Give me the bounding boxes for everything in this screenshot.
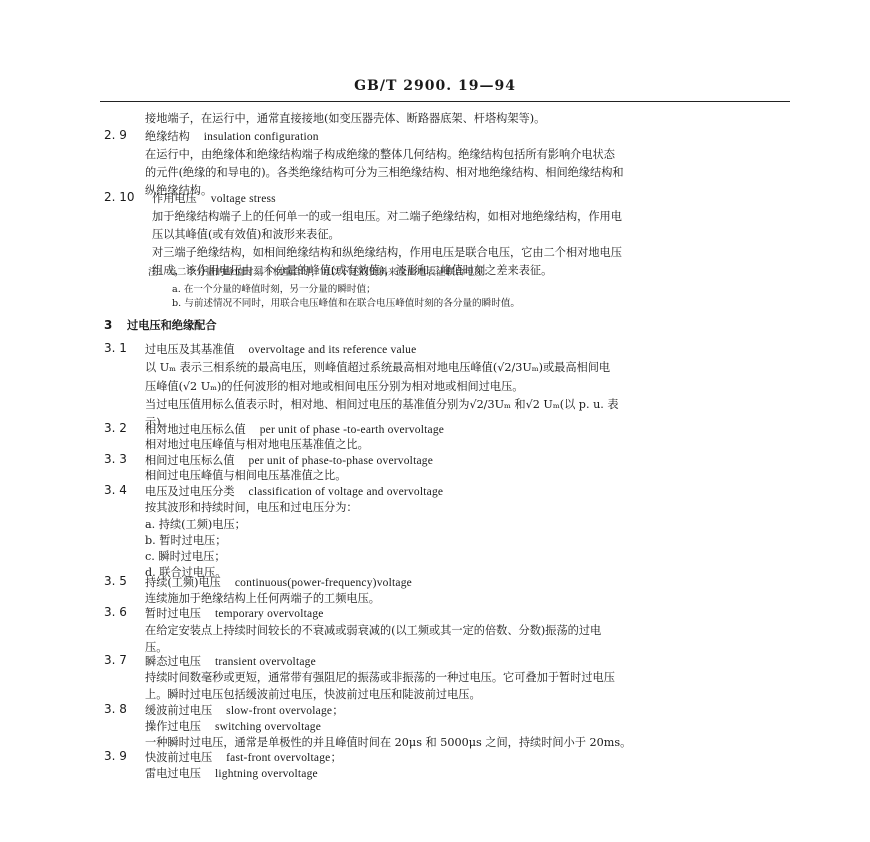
term-en: temporary overvoltage — [215, 608, 324, 620]
note-title: 注：当二个分量的峰值时刻不相重合时，可以下述的资料来全面地表征联合电压： — [148, 266, 493, 280]
term-en: voltage stress — [211, 193, 276, 205]
header-rule — [100, 101, 790, 102]
paragraph-line: 对三端子绝缘结构，如相间绝缘结构和纵绝缘结构，作用电压是联合电压，它由二个相对地… — [152, 246, 622, 260]
clause-subheading: 雷电过电压lightning overvoltage — [145, 767, 318, 781]
term-zh: 相对地过电压标么值 — [145, 423, 246, 436]
clause-heading: 相间过电压标么值per unit of phase-to-phase overv… — [145, 454, 433, 468]
clause-number: 3. 3 — [104, 452, 127, 466]
clause-heading: 缓波前过电压slow-front overvolage； — [145, 704, 344, 718]
paragraph-line: 相间过电压峰值与相间电压基准值之比。 — [145, 469, 346, 483]
term-zh: 缓波前过电压 — [145, 704, 212, 717]
term-zh: 持续(工频)电压 — [145, 576, 221, 589]
paragraph-line: 一种瞬时过电压，通常是单极性的并且峰值时间在 20μs 和 5000μs 之间，… — [145, 736, 631, 750]
paragraph-line: 持续时间数毫秒或更短，通常带有强阻尼的振荡或非振荡的一种过电压。它可叠加于暂时过… — [145, 671, 615, 685]
term-en: per unit of phase -to-earth overvoltage — [260, 424, 444, 436]
term-en: classification of voltage and overvoltag… — [249, 486, 444, 498]
clause-number: 3. 2 — [104, 421, 127, 435]
clause-heading: 快波前过电压fast-front overvoltage； — [145, 751, 342, 765]
paragraph-line: 按其波形和持续时间，电压和过电压分为： — [145, 501, 358, 515]
paragraph-line: 加于绝缘结构端子上的任何单一的或一组电压。对二端子绝缘结构，如相对地绝缘结构，作… — [152, 210, 622, 224]
list-item: c. 瞬时过电压； — [145, 550, 226, 564]
paragraph-line: 在给定安装点上持续时间较长的不衰减或弱衰减的(以工频或其一定的倍数、分数)振荡的… — [145, 624, 601, 638]
clause-number: 3. 5 — [104, 574, 127, 588]
paragraph-line: 上。瞬时过电压包括缓波前过电压，快波前过电压和陡波前过电压。 — [145, 688, 481, 702]
term-zh: 绝缘结构 — [145, 130, 190, 143]
term-zh: 快波前过电压 — [145, 751, 212, 764]
section-number: 3 — [104, 318, 112, 332]
clause-heading: 作用电压voltage stress — [152, 192, 276, 206]
term-zh: 过电压及其基准值 — [145, 343, 235, 356]
term-zh: 作用电压 — [152, 192, 197, 205]
clause-number: 2. 10 — [104, 190, 135, 204]
term-en: transient overvoltage — [215, 656, 316, 668]
list-item: b. 暂时过电压； — [145, 534, 226, 548]
term-zh: 暂时过电压 — [145, 607, 201, 620]
term-zh: 电压及过电压分类 — [145, 485, 235, 498]
term-en: per unit of phase-to-phase overvoltage — [249, 455, 434, 467]
standard-number-header: GB/T 2900. 19—94 — [0, 78, 870, 94]
term-zh: 操作过电压 — [145, 720, 201, 733]
paragraph-line: 当过电压值用标么值表示时，相对地、相间过电压的基准值分别为√2/3Uₘ 和√2 … — [145, 398, 619, 412]
paragraph-line: 在运行中，由绝缘体和绝缘结构端子构成绝缘的整体几何结构。绝缘结构包括所有影响介电… — [145, 148, 615, 162]
paragraph-line: 相对地过电压峰值与相对地电压基准值之比。 — [145, 438, 369, 452]
section-title: 过电压和绝缘配合 — [127, 318, 217, 332]
clause-number: 3. 1 — [104, 341, 127, 355]
note-item-b: b. 与前述情况不同时，用联合电压峰值和在联合电压峰值时刻的各分量的瞬时值。 — [172, 297, 520, 311]
paragraph-line: 接地端子，在运行中，通常直接接地(如变压器壳体、断路器底架、杆塔构架等)。 — [145, 112, 545, 126]
clause-heading: 持续(工频)电压continuous(power-frequency)volta… — [145, 576, 412, 590]
term-en: insulation configuration — [204, 131, 319, 143]
clause-subheading: 操作过电压switching overvoltage — [145, 720, 321, 734]
paragraph-line: 连续施加于绝缘结构上任何两端子的工频电压。 — [145, 592, 380, 606]
term-zh: 雷电过电压 — [145, 767, 201, 780]
clause-heading: 暂时过电压temporary overvoltage — [145, 607, 324, 621]
paragraph-line: 压以其峰值(或有效值)和波形来表征。 — [152, 228, 340, 242]
paragraph-line: 的元件(绝缘的和导电的)。各类绝缘结构可分为三相绝缘结构、相对地绝缘结构、相间绝… — [145, 166, 624, 180]
paragraph-line: 以 Uₘ 表示三相系统的最高电压，则峰值超过系统最高相对地电压峰值(√2/3Uₘ… — [145, 361, 610, 375]
clause-heading: 过电压及其基准值overvoltage and its reference va… — [145, 343, 416, 357]
term-en: lightning overvoltage — [215, 768, 318, 780]
clause-heading: 绝缘结构insulation configuration — [145, 130, 319, 144]
term-en: overvoltage and its reference value — [249, 344, 417, 356]
term-en: continuous(power-frequency)voltage — [235, 577, 412, 589]
note-item-a: a. 在一个分量的峰值时刻，另一分量的瞬时值； — [172, 283, 376, 297]
paragraph-line: 压。 — [145, 641, 167, 655]
clause-number: 3. 9 — [104, 749, 127, 763]
term-en: fast-front overvoltage； — [226, 752, 342, 764]
paragraph-line: 压峰值(√2 Uₘ)的任何波形的相对地或相间电压分别为相对地或相间过电压。 — [145, 380, 523, 394]
clause-heading: 电压及过电压分类classification of voltage and ov… — [145, 485, 443, 499]
clause-number: 3. 7 — [104, 653, 127, 667]
clause-number: 3. 8 — [104, 702, 127, 716]
term-en: slow-front overvolage； — [226, 705, 344, 717]
clause-number: 2. 9 — [104, 128, 127, 142]
clause-number: 3. 6 — [104, 605, 127, 619]
list-item: a. 持续(工频)电压； — [145, 518, 246, 532]
clause-number: 3. 4 — [104, 483, 127, 497]
term-zh: 相间过电压标么值 — [145, 454, 235, 467]
term-zh: 瞬态过电压 — [145, 655, 201, 668]
term-en: switching overvoltage — [215, 721, 321, 733]
clause-heading: 相对地过电压标么值per unit of phase -to-earth ove… — [145, 423, 444, 437]
clause-heading: 瞬态过电压transient overvoltage — [145, 655, 316, 669]
